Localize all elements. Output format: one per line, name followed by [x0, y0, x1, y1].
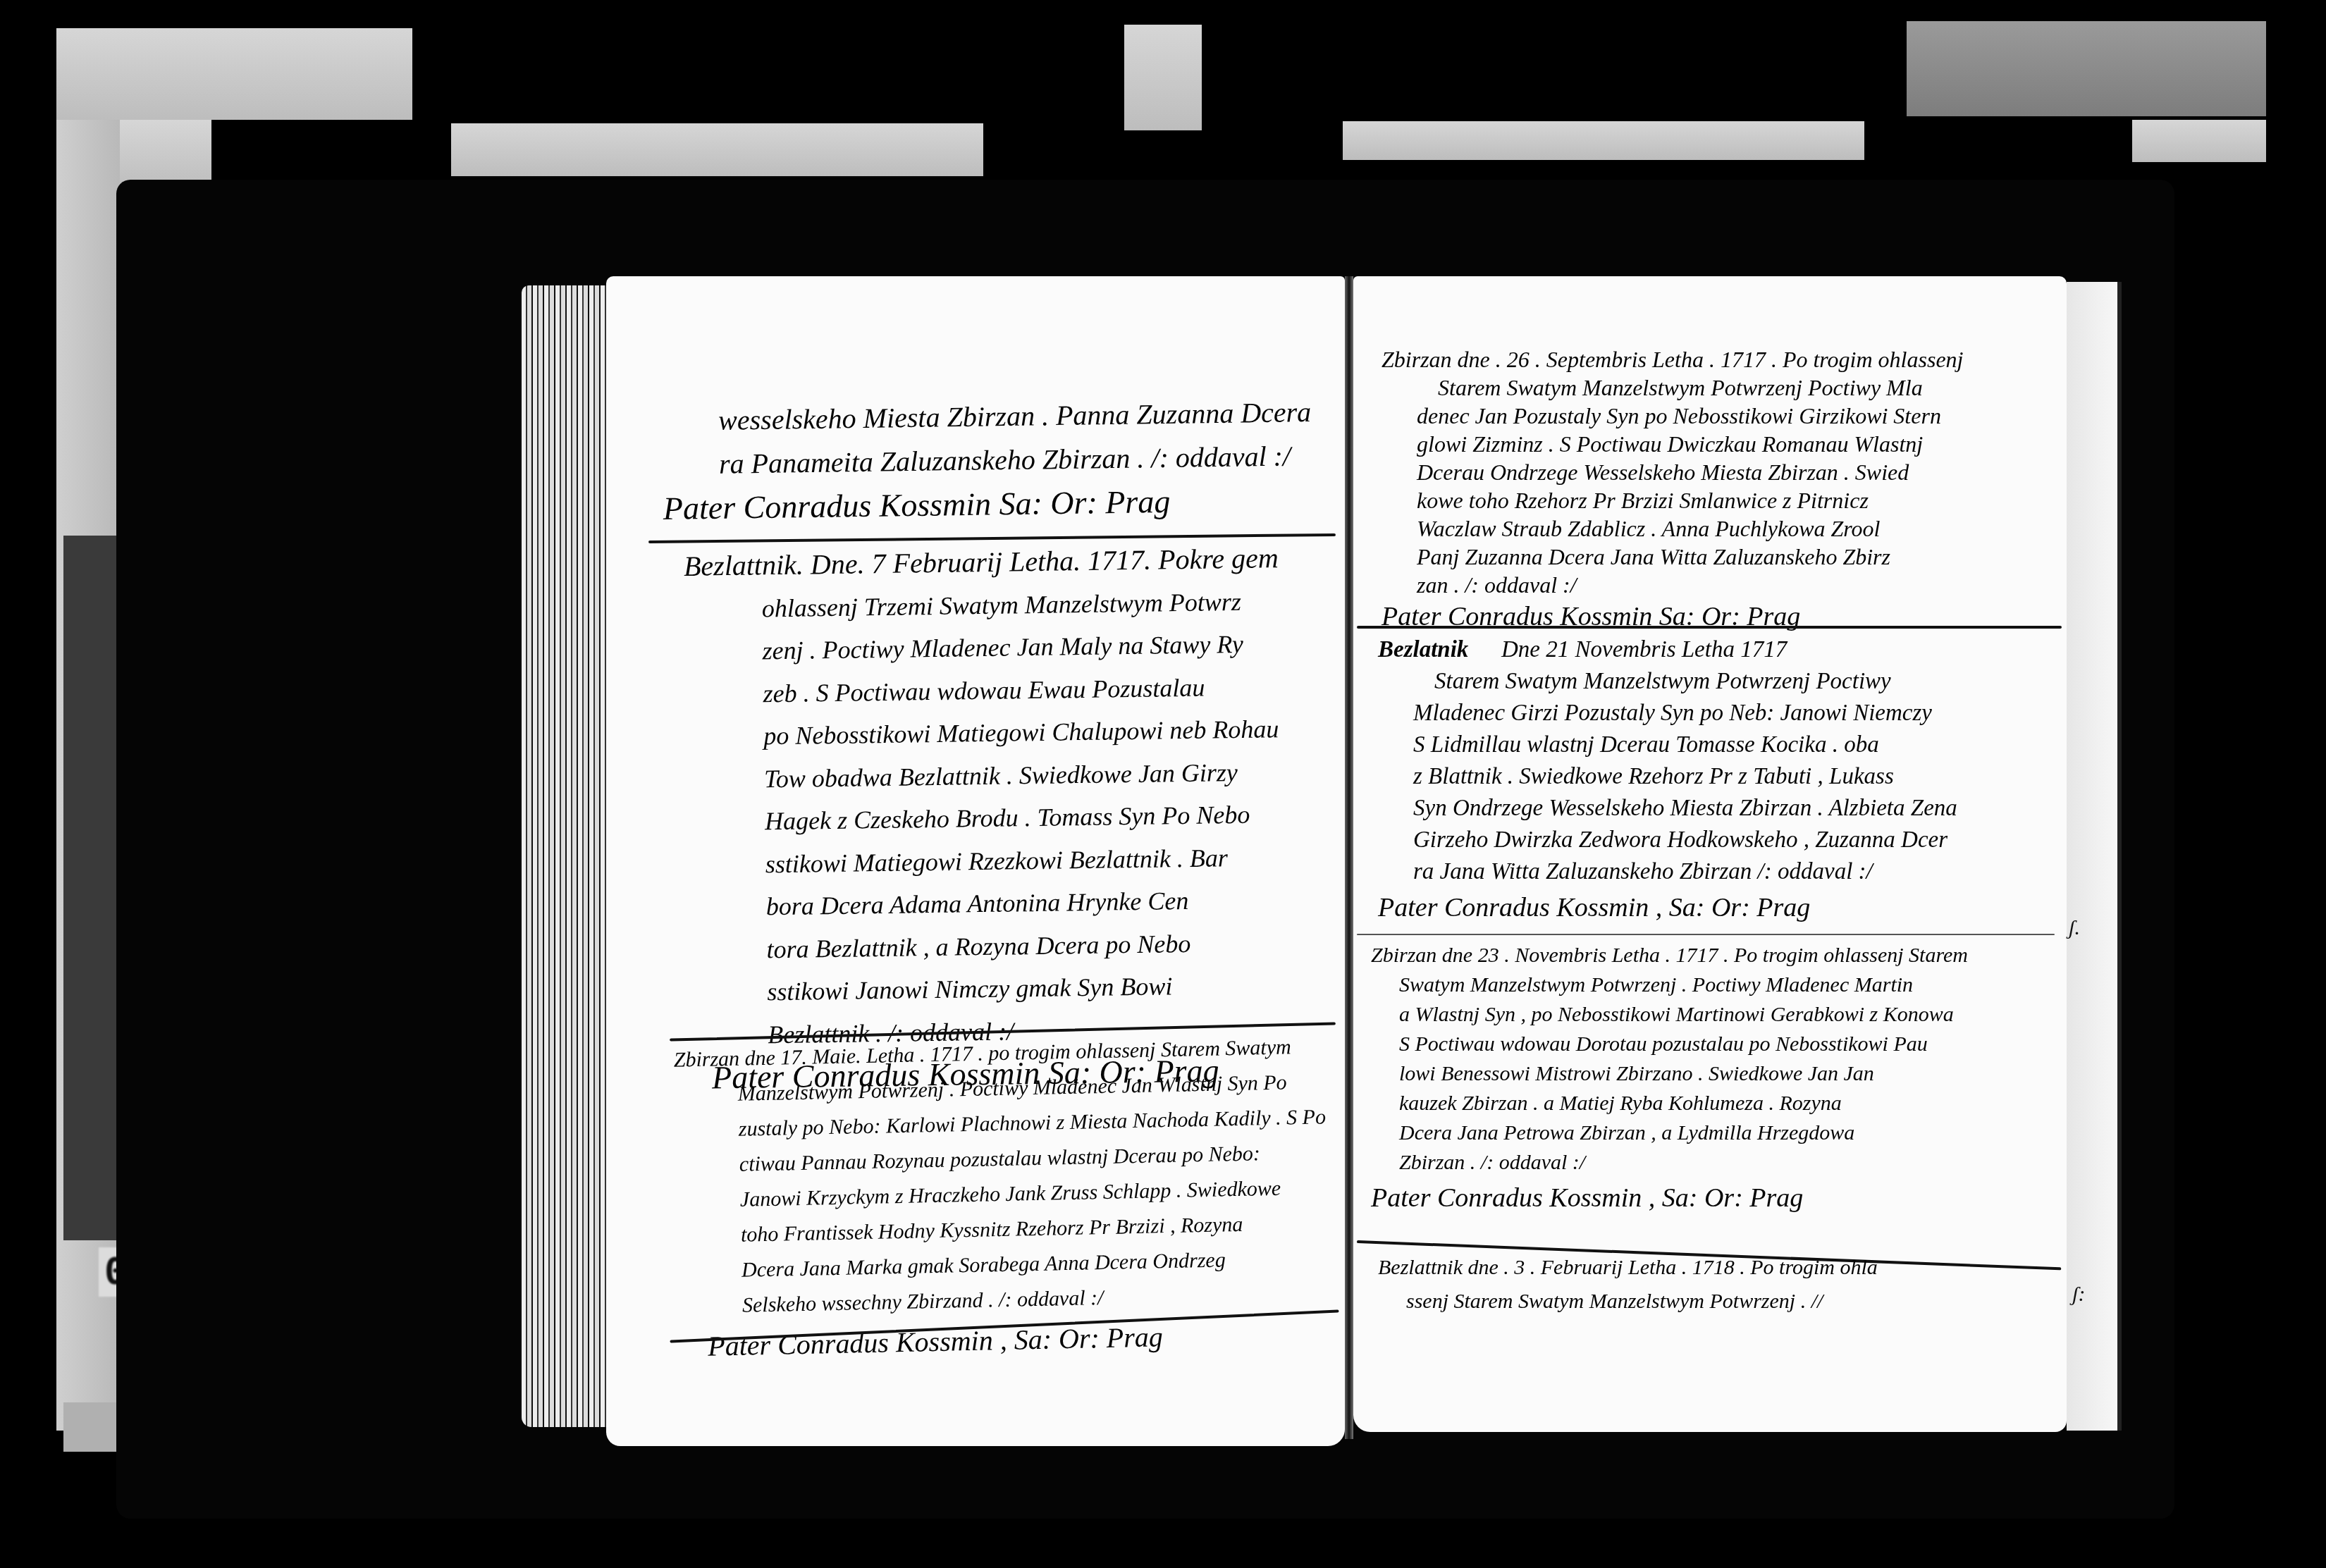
entry-divider	[1357, 934, 2055, 935]
right-page-edge	[2067, 282, 2122, 1431]
priest-signature: Pater Conradus Kossmin , Sa: Or: Prag	[1371, 1178, 1968, 1218]
film-frame-top-left	[56, 28, 412, 120]
priest-signature: Pater Conradus Kossmin Sa: Or: Prag	[1382, 599, 1963, 634]
film-frame-top-center	[1124, 25, 1202, 130]
margin-mark: ʃ:	[2072, 1283, 2086, 1307]
film-frame-right-block	[2132, 120, 2266, 162]
marriage-entry-1717-11-21: Bezlatnik Bezlatnik Dne 21 . Novembris L…	[1378, 634, 2040, 927]
entry-line: Starem Swatym Manzelstwym Potwrzenj Poct…	[1378, 666, 2040, 698]
marriage-entry-1717-11-23: Zbirzan dne 23 . Novembris Letha . 1717 …	[1371, 941, 1968, 1218]
entry-line: Zbirzan . /: oddaval :/	[1371, 1148, 1968, 1178]
entry-heading-line: Zbirzan dne 23 . Novembris Letha . 1717 …	[1371, 941, 1968, 970]
entry-line: ra Panameita Zaluzanskeho Zbirzan . /: o…	[712, 434, 1312, 486]
entry-line: S Lidmillau wlastnj Dcerau Tomasse Kocik…	[1378, 729, 2040, 761]
entry-line: Starem Swatym Manzelstwym Potwrzenj Poct…	[1382, 374, 1963, 402]
left-continuation-entry: wesselskeho Miesta Zbirzan . Panna Zuzan…	[711, 390, 1313, 530]
entry-date: Dne 21 Novembris Letha 1717	[1501, 634, 1787, 666]
entry-line: S Poctiwau wdowau Dorotau pozustalau po …	[1371, 1030, 1968, 1059]
entry-line: glowi Zizminz . S Poctiwau Dwiczkau Roma…	[1382, 430, 1963, 458]
entry-heading-line: Bezlattnik. Dne. 7 Februarij Letha. 1717…	[684, 537, 1279, 588]
entry-line: a Wlastnj Syn , po Nebosstikowi Martinow…	[1371, 1000, 1968, 1030]
entry-line: lowi Benessowi Mistrowi Zbirzano . Swied…	[1371, 1059, 1968, 1089]
entry-divider	[1357, 626, 2062, 629]
entry-line: Girzeho Dwirzka Zedwora Hodkowskeho , Zu…	[1378, 825, 2040, 856]
entry-line: Waczlaw Straub Zdablicz . Anna Puchlykow…	[1382, 514, 1963, 543]
entry-line: sstikowi Matiegowi Rzezkowi Bezlattnik .…	[687, 836, 1283, 887]
entry-line: Swatym Manzelstwym Potwrzenj . Poctiwy M…	[1371, 970, 1968, 1000]
entry-heading-visible: Dne 21 Novembris Letha 1717	[1501, 634, 1787, 666]
film-frame-top-middle	[451, 123, 983, 176]
entry-line: z Blattnik . Swiedkowe Rzehorz Pr z Tabu…	[1378, 761, 2040, 793]
margin-mark: ʃ.	[2069, 916, 2080, 940]
entry-line: ssenj Starem Swatym Manzelstwym Potwrzen…	[1378, 1285, 1878, 1319]
entry-line: zenj . Poctiwy Mladenec Jan Maly na Staw…	[684, 622, 1280, 673]
priest-signature: Pater Conradus Kossmin , Sa: Or: Prag	[1378, 888, 2040, 927]
film-frame-top-right-inner	[1343, 121, 1864, 160]
entry-line: ra Jana Witta Zaluzanskeho Zbirzan /: od…	[1378, 856, 2040, 888]
entry-line: denec Jan Pozustaly Syn po Nebosstikowi …	[1382, 402, 1963, 430]
entry-line: Mladenec Girzi Pozustaly Syn po Neb: Jan…	[1378, 698, 2040, 729]
entry-line: Dcerau Ondrzege Wesselskeho Miesta Zbirz…	[1382, 458, 1963, 486]
entry-heading-line: Zbirzan dne . 26 . Septembris Letha . 17…	[1382, 345, 1963, 374]
entry-line: Syn Ondrzege Wesselskeho Miesta Zbirzan …	[1378, 793, 2040, 825]
entry-heading-line: Bezlattnik dne . 3 . Februarij Letha . 1…	[1378, 1251, 1878, 1285]
entry-line: Panj Zuzanna Dcera Jana Witta Zaluzanske…	[1382, 543, 1963, 571]
entry-line: Dcera Jana Petrowa Zbirzan , a Lydmilla …	[1371, 1118, 1968, 1148]
marriage-entry-1717-05-17: Zbirzan dne 17. Maie. Letha . 1717 . po …	[673, 1029, 1331, 1369]
marriage-entry-1717-02-07: Bezlattnik. Dne. 7 Februarij Letha. 1717…	[684, 537, 1286, 1099]
priest-signature: Pater Conradus Kossmin Sa: Or: Prag	[663, 478, 1312, 531]
marriage-entry-1718-02-03: Bezlattnik dne . 3 . Februarij Letha . 1…	[1378, 1251, 1878, 1319]
page-stack-edge	[522, 285, 613, 1427]
entry-place: Bezlatnik	[1378, 637, 1468, 662]
entry-line: kauzek Zbirzan . a Matiej Ryba Kohlumeza…	[1371, 1089, 1968, 1118]
entry-line: po Nebosstikowi Matiegowi Chalupowi neb …	[686, 708, 1281, 758]
marriage-entry-1717-09-26: Zbirzan dne . 26 . Septembris Letha . 17…	[1382, 345, 1963, 634]
film-frame-top-right	[1907, 21, 2266, 116]
entry-line: Hagek z Czeskeho Brodu . Tomass Syn Po N…	[687, 793, 1283, 844]
book-gutter	[1345, 276, 1353, 1439]
entry-line: zan . /: oddaval :/	[1382, 571, 1963, 599]
entry-line: kowe toho Rzehorz Pr Brzizi Smlanwice z …	[1382, 486, 1963, 514]
